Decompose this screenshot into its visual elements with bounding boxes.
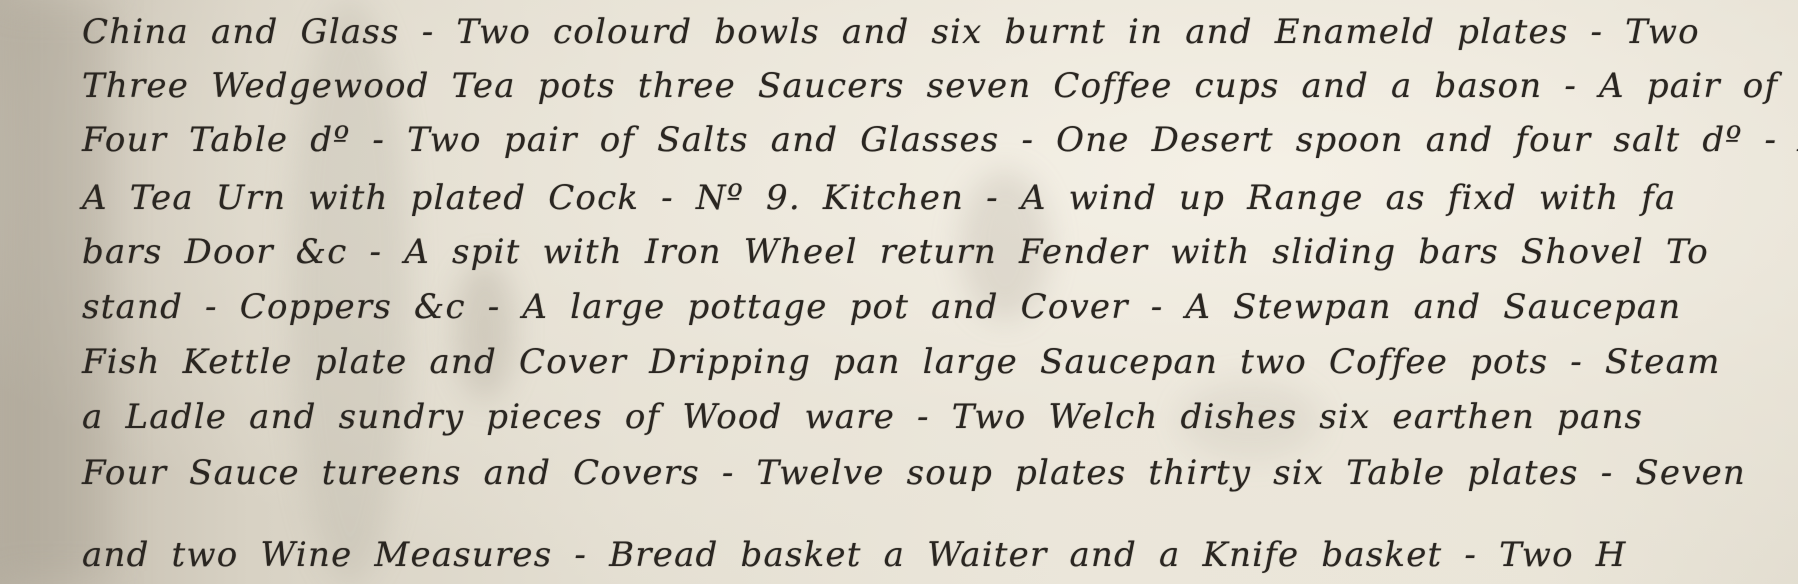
manuscript-line: A Tea Urn with plated Cock - Nº 9. Kitch…: [82, 178, 1677, 218]
manuscript-page: China and Glass - Two colourd bowls and …: [0, 0, 1798, 584]
manuscript-line: Four Table dº - Two pair of Salts and Gl…: [82, 120, 1798, 160]
manuscript-line: Fish Kettle plate and Cover Dripping pan…: [82, 342, 1721, 382]
manuscript-line: Four Sauce tureens and Covers - Twelve s…: [82, 453, 1746, 493]
manuscript-line: and two Wine Measures - Bread basket a W…: [82, 535, 1627, 575]
manuscript-line: a Ladle and sundry pieces of Wood ware -…: [82, 397, 1643, 437]
manuscript-line: Three Wedgewood Tea pots three Saucers s…: [82, 66, 1798, 106]
manuscript-line: China and Glass - Two colourd bowls and …: [82, 12, 1700, 52]
manuscript-line: stand - Coppers &c - A large pottage pot…: [82, 287, 1681, 327]
manuscript-line: bars Door &c - A spit with Iron Wheel re…: [82, 232, 1709, 272]
